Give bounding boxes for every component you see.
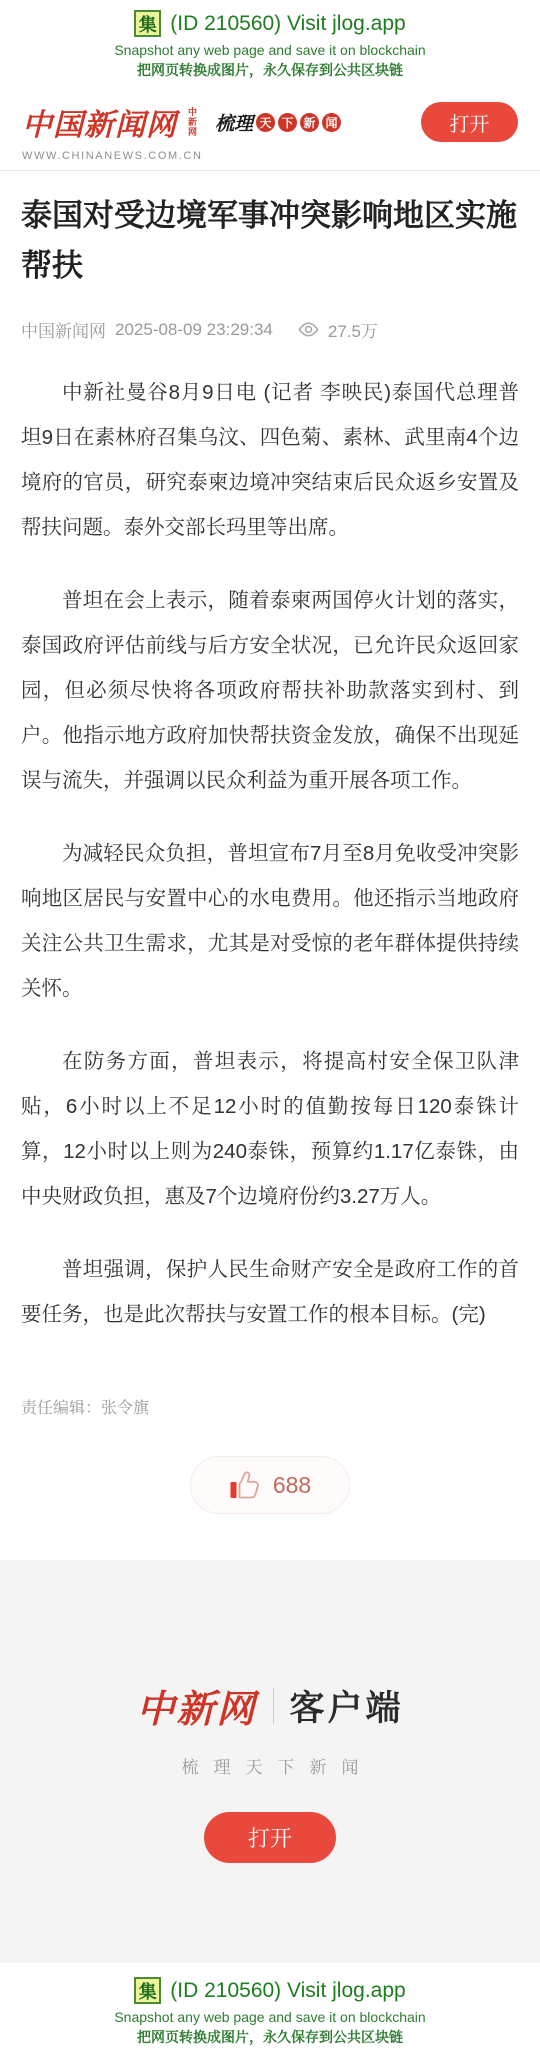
jlog-banner-bottom: 集 (ID 210560) Visit jlog.app Snapshot an… — [0, 1963, 540, 2059]
article-source: 中国新闻网 — [21, 317, 106, 342]
like-count: 688 — [273, 1472, 311, 1499]
editor-credit: 责任编辑：张令旗 — [21, 1395, 519, 1418]
article-datetime: 2025-08-09 23:29:34 — [115, 320, 273, 340]
jlog-tagline-en: Snapshot any web page and save it on blo… — [0, 42, 540, 58]
like-button[interactable]: 688 — [190, 1456, 350, 1514]
article-paragraph: 为减轻民众负担，普坦宣布7月至8月免收受冲突影响地区居民与安置中心的水电费用。他… — [21, 831, 519, 1011]
jlog-link-label[interactable]: (ID 210560) Visit jlog.app — [170, 12, 405, 36]
logo-divider — [273, 1688, 274, 1724]
jlog-icon: 集 — [134, 10, 161, 37]
article-paragraph: 中新社曼谷8月9日电 (记者 李映民)泰国代总理普坦9日在素林府召集乌汶、四色菊… — [21, 370, 519, 550]
article: 泰国对受边境军事冲突影响地区实施帮扶 中国新闻网 2025-08-09 23:2… — [0, 191, 540, 1514]
slogan-circle-2: 下 — [278, 113, 297, 132]
slogan-circle-4: 闻 — [322, 113, 341, 132]
jlog-tagline-zh: 把网页转换成图片，永久保存到公共区块链 — [0, 2027, 540, 2047]
brand-slogan: 梳理 天 下 新 闻 — [215, 109, 341, 136]
jlog-tagline-zh: 把网页转换成图片，永久保存到公共区块链 — [0, 60, 540, 80]
site-url: WWW.CHINANEWS.COM.CN — [22, 150, 361, 162]
app-client-label: 客户端 — [290, 1681, 404, 1731]
jlog-banner-top: 集 (ID 210560) Visit jlog.app Snapshot an… — [0, 0, 540, 88]
app-slogan: 梳理天下新闻 — [0, 1753, 540, 1778]
app-logo: 中新网 — [136, 1678, 256, 1733]
thumbs-up-icon — [229, 1470, 261, 1500]
slogan-prefix: 梳理 — [215, 109, 253, 136]
eye-icon — [297, 321, 320, 338]
article-body: 中新社曼谷8月9日电 (记者 李映民)泰国代总理普坦9日在素林府召集乌汶、四色菊… — [21, 370, 519, 1337]
brand-block[interactable]: 中国新闻网 中新网 梳理 天 下 新 闻 WWW.CHINANEWS.COM.C… — [22, 100, 361, 162]
jlog-link[interactable]: 集 (ID 210560) Visit jlog.app — [0, 10, 540, 37]
view-count: 27.5万 — [328, 317, 378, 342]
site-header: 中国新闻网 中新网 梳理 天 下 新 闻 WWW.CHINANEWS.COM.C… — [0, 88, 540, 171]
open-app-button-footer[interactable]: 打开 — [204, 1812, 336, 1863]
jlog-link-bottom[interactable]: 集 (ID 210560) Visit jlog.app — [0, 1977, 540, 2004]
jlog-icon: 集 — [134, 1977, 161, 2004]
like-row: 688 — [21, 1456, 519, 1514]
slogan-circle-1: 天 — [256, 113, 275, 132]
jlog-link-label[interactable]: (ID 210560) Visit jlog.app — [170, 1979, 405, 2003]
app-brand-row: 中新网 客户端 — [136, 1678, 403, 1733]
article-paragraph: 在防务方面，普坦表示，将提高村安全保卫队津贴，6小时以上不足12小时的值勤按每日… — [21, 1039, 519, 1219]
slogan-circle-3: 新 — [300, 113, 319, 132]
app-footer: 中新网 客户端 梳理天下新闻 打开 — [0, 1560, 540, 1963]
article-paragraph: 普坦强调，保护人民生命财产安全是政府工作的首要任务，也是此次帮扶与安置工作的根本… — [21, 1247, 519, 1337]
chinanews-logo-side: 中新网 — [187, 107, 197, 137]
jlog-tagline-en: Snapshot any web page and save it on blo… — [0, 2009, 540, 2025]
article-title: 泰国对受边境军事冲突影响地区实施帮扶 — [21, 191, 519, 291]
article-paragraph: 普坦在会上表示，随着泰柬两国停火计划的落实，泰国政府评估前线与后方安全状况，已允… — [21, 578, 519, 803]
chinanews-logo: 中国新闻网 — [22, 100, 177, 144]
open-app-button-header[interactable]: 打开 — [421, 102, 518, 142]
article-meta: 中国新闻网 2025-08-09 23:29:34 27.5万 — [21, 317, 519, 342]
